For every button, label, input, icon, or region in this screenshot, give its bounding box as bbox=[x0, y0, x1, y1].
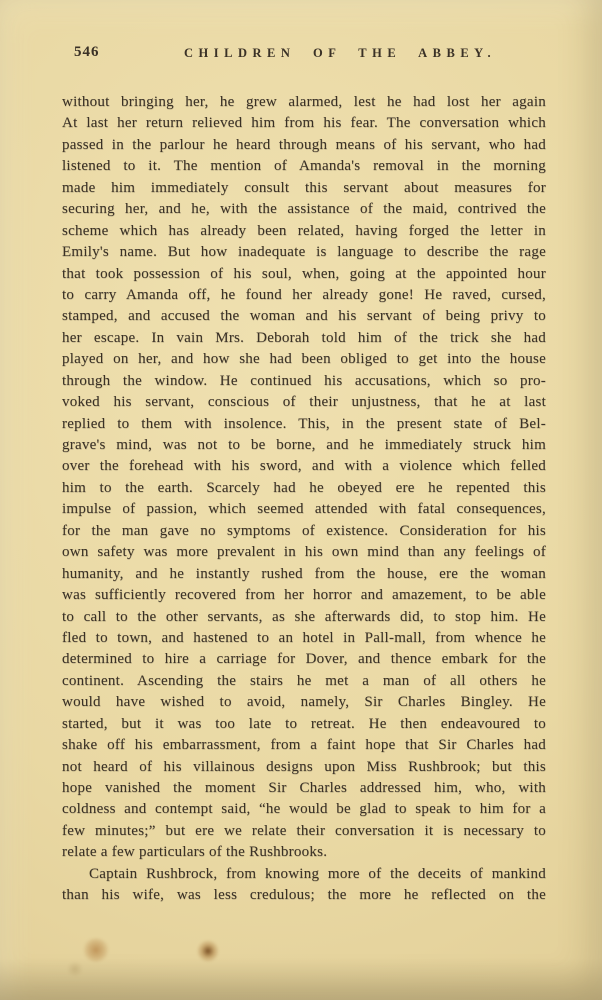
text-line: started, but it was too late to retreat.… bbox=[62, 714, 546, 735]
text-line: for the man gave no symptoms of existenc… bbox=[62, 521, 546, 542]
text-line: was sufficiently recovered from her horr… bbox=[62, 585, 546, 606]
text-line: to call to the other servants, as she af… bbox=[62, 607, 546, 628]
text-line: stamped, and accused the woman and his s… bbox=[62, 306, 546, 327]
text-line: At last her return relieved him from his… bbox=[62, 113, 546, 134]
text-line: that took possession of his soul, when, … bbox=[62, 264, 546, 285]
text-line: Emily's name. But how inadequate is lang… bbox=[62, 242, 546, 263]
text-line: than his wife, was less credulous; the m… bbox=[62, 885, 546, 906]
page-bottom-shading bbox=[0, 958, 602, 1000]
text-line: impulse of passion, which seemed attende… bbox=[62, 499, 546, 520]
text-line: replied to them with insolence. This, in… bbox=[62, 414, 546, 435]
text-line: relate a few particulars of the Rushbroo… bbox=[62, 842, 546, 863]
foxing-spot bbox=[66, 962, 84, 976]
text-line: passed in the parlour he heard through m… bbox=[62, 135, 546, 156]
text-line: own safety was more prevalent in his own… bbox=[62, 542, 546, 563]
foxing-spot bbox=[196, 940, 220, 962]
text-line: not heard of his villainous designs upon… bbox=[62, 757, 546, 778]
text-line: humanity, and he instantly rushed from t… bbox=[62, 564, 546, 585]
text-line: would have wished to avoid, namely, Sir … bbox=[62, 692, 546, 713]
text-line: played on her, and how she had been obli… bbox=[62, 349, 546, 370]
page-number: 546 bbox=[74, 44, 100, 61]
text-line: made him immediately consult this servan… bbox=[62, 178, 546, 199]
text-line: scheme which has already been related, h… bbox=[62, 221, 546, 242]
foxing-spot bbox=[82, 938, 110, 962]
text-line: few minutes;” but ere we relate their co… bbox=[62, 821, 546, 842]
page-text: without bringing her, he grew alarmed, l… bbox=[62, 92, 546, 907]
text-line: over the forehead with his sword, and wi… bbox=[62, 456, 546, 477]
text-line: her escape. In vain Mrs. Deborah told hi… bbox=[62, 328, 546, 349]
text-line: continent. Ascending the stairs he met a… bbox=[62, 671, 546, 692]
text-line: through the window. He continued his acc… bbox=[62, 371, 546, 392]
text-line: grave's mind, was not to be borne, and h… bbox=[62, 435, 546, 456]
text-line: fled to town, and hastened to an hotel i… bbox=[62, 628, 546, 649]
text-line: shake off his embarrassment, from a fain… bbox=[62, 735, 546, 756]
running-title: CHILDREN OF THE ABBEY. bbox=[184, 46, 496, 61]
text-line: to carry Amanda off, he found her alread… bbox=[62, 285, 546, 306]
text-line: determined to hire a carriage for Dover,… bbox=[62, 649, 546, 670]
text-line: securing her, and he, with the assistanc… bbox=[62, 199, 546, 220]
book-page-scan: 546 CHILDREN OF THE ABBEY. without bring… bbox=[0, 0, 602, 1000]
text-line: coldness and contempt said, “he would be… bbox=[62, 799, 546, 820]
text-line: him to the earth. Scarcely had he obeyed… bbox=[62, 478, 546, 499]
text-line: hope vanished the moment Sir Charles add… bbox=[62, 778, 546, 799]
text-line: listened to it. The mention of Amanda's … bbox=[62, 156, 546, 177]
text-line: without bringing her, he grew alarmed, l… bbox=[62, 92, 546, 113]
text-line: Captain Rushbrock, from knowing more of … bbox=[62, 864, 546, 885]
text-line: voked his servant, conscious of their un… bbox=[62, 392, 546, 413]
page-header: 546 CHILDREN OF THE ABBEY. bbox=[62, 44, 545, 64]
